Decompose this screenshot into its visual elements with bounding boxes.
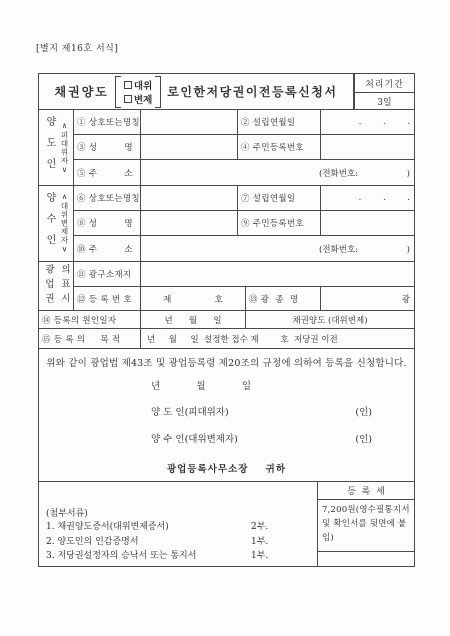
- mining-vlabel-main: 광업권: [41, 264, 55, 308]
- registration-purpose-row: ⑮ 등 록 의 목 적 년 월 일 설정한 접수 제 호 저당권 이전: [39, 329, 414, 349]
- form-page: [별지 제16호 서식] 채권양도 대위 변제: [0, 0, 450, 636]
- title-option-bracket: 대위 변제: [115, 76, 161, 108]
- mining-location-row: ⑪ 광구소재지: [74, 262, 414, 287]
- transferee-estdate-label: ⑦ 설립연월일: [238, 186, 321, 210]
- transferee-signature-label: 양 수 인(대위변제자): [151, 431, 238, 445]
- attachment-2-copies: 1부.: [251, 535, 313, 550]
- registration-tax-box: 등 록 세 7,200원(영수필통지서 및 확인서를 뒷면에 붙임): [317, 482, 414, 566]
- transferee-name-field[interactable]: [141, 186, 238, 210]
- attachments-title: (첨부서류): [46, 506, 313, 519]
- transferee-name-label: ⑥ 상호또는명칭: [74, 186, 141, 210]
- transferee-person-row: ⑧ 성 명 ⑨ 주민등록번호: [74, 211, 414, 236]
- transferee-estdate-field[interactable]: . . .: [321, 186, 414, 210]
- transferor-signature-label: 양 도 인(피대위자): [151, 404, 229, 418]
- attachment-1-copies: 2부.: [251, 520, 313, 535]
- attachment-2-text: 2. 양도인의 인감증명서: [46, 535, 139, 550]
- mineral-name-label: ⑬ 광 종 명: [246, 287, 321, 310]
- transferee-resident-number-field[interactable]: [321, 211, 414, 235]
- processing-period-label: 처리기간: [355, 74, 414, 93]
- option-byeonje: 변제: [124, 92, 152, 106]
- transferor-seal-mark[interactable]: (인): [355, 404, 372, 418]
- transferee-resident-number-label: ⑨ 주민등록번호: [238, 211, 321, 235]
- attachment-item: 3. 저당권설정자의 승낙서 또는 통지서 1부.: [46, 549, 313, 564]
- transferor-address-row: ⑤ 주 소 (전화번호: ): [74, 160, 414, 185]
- registration-tax-title: 등 록 세: [318, 482, 414, 500]
- transferee-person-name-field[interactable]: [141, 211, 238, 235]
- registration-tax-spacer: [318, 552, 414, 566]
- transferor-person-name-label: ③ 성 명: [74, 135, 141, 159]
- registration-cause-date-field[interactable]: 년 월 일: [141, 311, 246, 328]
- mining-right-block: 광업권 의표시 ⑪ 광구소재지 ⑫ 등 록 번 호 제 호 ⑬ 광 종 명 광: [39, 262, 414, 311]
- transferor-address-label: ⑤ 주 소: [74, 160, 141, 185]
- option-daewi: 대위: [124, 78, 152, 92]
- registration-number-field[interactable]: 제 호: [141, 287, 246, 310]
- attachment-3-text: 3. 저당권설정자의 승낙서 또는 통지서: [46, 549, 196, 564]
- statement-date-line[interactable]: 년 월 일: [151, 378, 251, 392]
- transferor-person-row: ③ 성 명 ④ 주민등록번호: [74, 135, 414, 160]
- transferor-resident-number-label: ④ 주민등록번호: [238, 135, 321, 159]
- registration-purpose-value[interactable]: 년 월 일 설정한 접수 제 호 저당권 이전: [141, 329, 414, 348]
- processing-period-box: 처리기간 3일: [354, 74, 414, 109]
- form-header-row: 채권양도 대위 변제 로인한저당권이전등: [39, 74, 414, 110]
- transferee-name-row: ⑥ 상호또는명칭 ⑦ 설립연월일 . . .: [74, 186, 414, 211]
- processing-period-value: 3일: [355, 93, 414, 109]
- attachment-item: 1. 채권양도증서(대위변제증서) 2부.: [46, 520, 313, 535]
- application-form-table: 채권양도 대위 변제 로인한저당권이전등: [38, 73, 415, 567]
- transferor-name-row: ① 상호또는명칭 ② 설립연월일 . . .: [74, 110, 414, 135]
- registration-purpose-label: ⑮ 등 록 의 목 적: [39, 329, 141, 348]
- transferor-name-label: ① 상호또는명칭: [74, 110, 141, 134]
- transferor-vlabel-main: 양도인: [42, 116, 57, 179]
- transferor-block: 양도인 ∧피대위자∨ ① 상호또는명칭 ② 설립연월일 . . . ③ 성 명 …: [39, 110, 414, 186]
- transferee-vertical-label: 양수인 ∧대위변제자∨: [39, 186, 74, 261]
- transferee-address-row: ⑩ 주 소 (전화번호: ): [74, 236, 414, 261]
- checkbox-byeonje-label: 변제: [134, 92, 152, 106]
- mining-vlabel-sub: 의표시: [57, 264, 71, 308]
- form-title: 채권양도 대위 변제 로인한저당권이전등: [39, 74, 354, 109]
- transferor-address-field[interactable]: (전화번호: ): [141, 160, 414, 185]
- recipient-line: 광업등록사무소장 귀하: [39, 461, 414, 475]
- title-suffix: 로인한저당권이전등록신청서: [167, 83, 337, 100]
- registration-cause-value: 채권양도 (대위변제): [246, 311, 414, 328]
- transferee-address-field[interactable]: (전화번호: ): [141, 236, 414, 261]
- transferor-estdate-field[interactable]: . . .: [321, 110, 414, 134]
- statement-body: 위와 같이 광업법 제43조 및 광업등록령 제20조의 규정에 의하여 등록을…: [39, 355, 414, 369]
- registration-number-row: ⑫ 등 록 번 호 제 호 ⑬ 광 종 명 광: [74, 287, 414, 310]
- attachment-item: 2. 양도인의 인감증명서 1부.: [46, 535, 313, 550]
- mineral-name-field[interactable]: 광: [321, 287, 414, 310]
- transferee-vlabel-sub: ∧대위변제자∨: [59, 192, 70, 255]
- transferee-vlabel-main: 양수인: [42, 192, 57, 255]
- mining-right-vertical-label: 광업권 의표시: [39, 262, 74, 310]
- attachment-1-text: 1. 채권양도증서(대위변제증서): [46, 520, 169, 535]
- checkbox-daewi-label: 대위: [134, 78, 152, 92]
- registration-number-label: ⑫ 등 록 번 호: [74, 287, 141, 310]
- transferee-seal-mark[interactable]: (인): [355, 431, 372, 445]
- right-bracket: [155, 76, 161, 108]
- registration-cause-row: ⑭ 등록의 원인일자 년 월 일 채권양도 (대위변제): [39, 311, 414, 329]
- transferor-name-field[interactable]: [141, 110, 238, 134]
- statement-section: 위와 같이 광업법 제43조 및 광업등록령 제20조의 규정에 의하여 등록을…: [39, 349, 414, 482]
- attachment-3-copies: 1부.: [251, 549, 313, 564]
- transferor-resident-number-field[interactable]: [321, 135, 414, 159]
- transferee-block: 양수인 ∧대위변제자∨ ⑥ 상호또는명칭 ⑦ 설립연월일 . . . ⑧ 성 명…: [39, 186, 414, 262]
- registration-tax-amount: 7,200원(영수필통지서 및 확인서를 뒷면에 붙임): [318, 500, 414, 552]
- bottom-section: (첨부서류) 1. 채권양도증서(대위변제증서) 2부. 2. 양도인의 인감증…: [39, 482, 414, 566]
- registration-cause-label: ⑭ 등록의 원인일자: [39, 311, 141, 328]
- mining-location-label: ⑪ 광구소재지: [74, 262, 141, 286]
- mining-location-field[interactable]: [141, 262, 414, 286]
- transferee-person-name-label: ⑧ 성 명: [74, 211, 141, 235]
- transferor-vlabel-sub: ∧피대위자∨: [59, 121, 70, 175]
- checkbox-daewi[interactable]: [124, 81, 132, 89]
- title-prefix: 채권양도: [55, 83, 109, 100]
- checkbox-byeonje[interactable]: [124, 95, 132, 103]
- transferor-person-name-field[interactable]: [141, 135, 238, 159]
- transferee-address-label: ⑩ 주 소: [74, 236, 141, 261]
- transferor-vertical-label: 양도인 ∧피대위자∨: [39, 110, 74, 185]
- form-note: [별지 제16호 서식]: [36, 41, 118, 54]
- transferor-estdate-label: ② 설립연월일: [238, 110, 321, 134]
- attachments-area: (첨부서류) 1. 채권양도증서(대위변제증서) 2부. 2. 양도인의 인감증…: [39, 482, 317, 566]
